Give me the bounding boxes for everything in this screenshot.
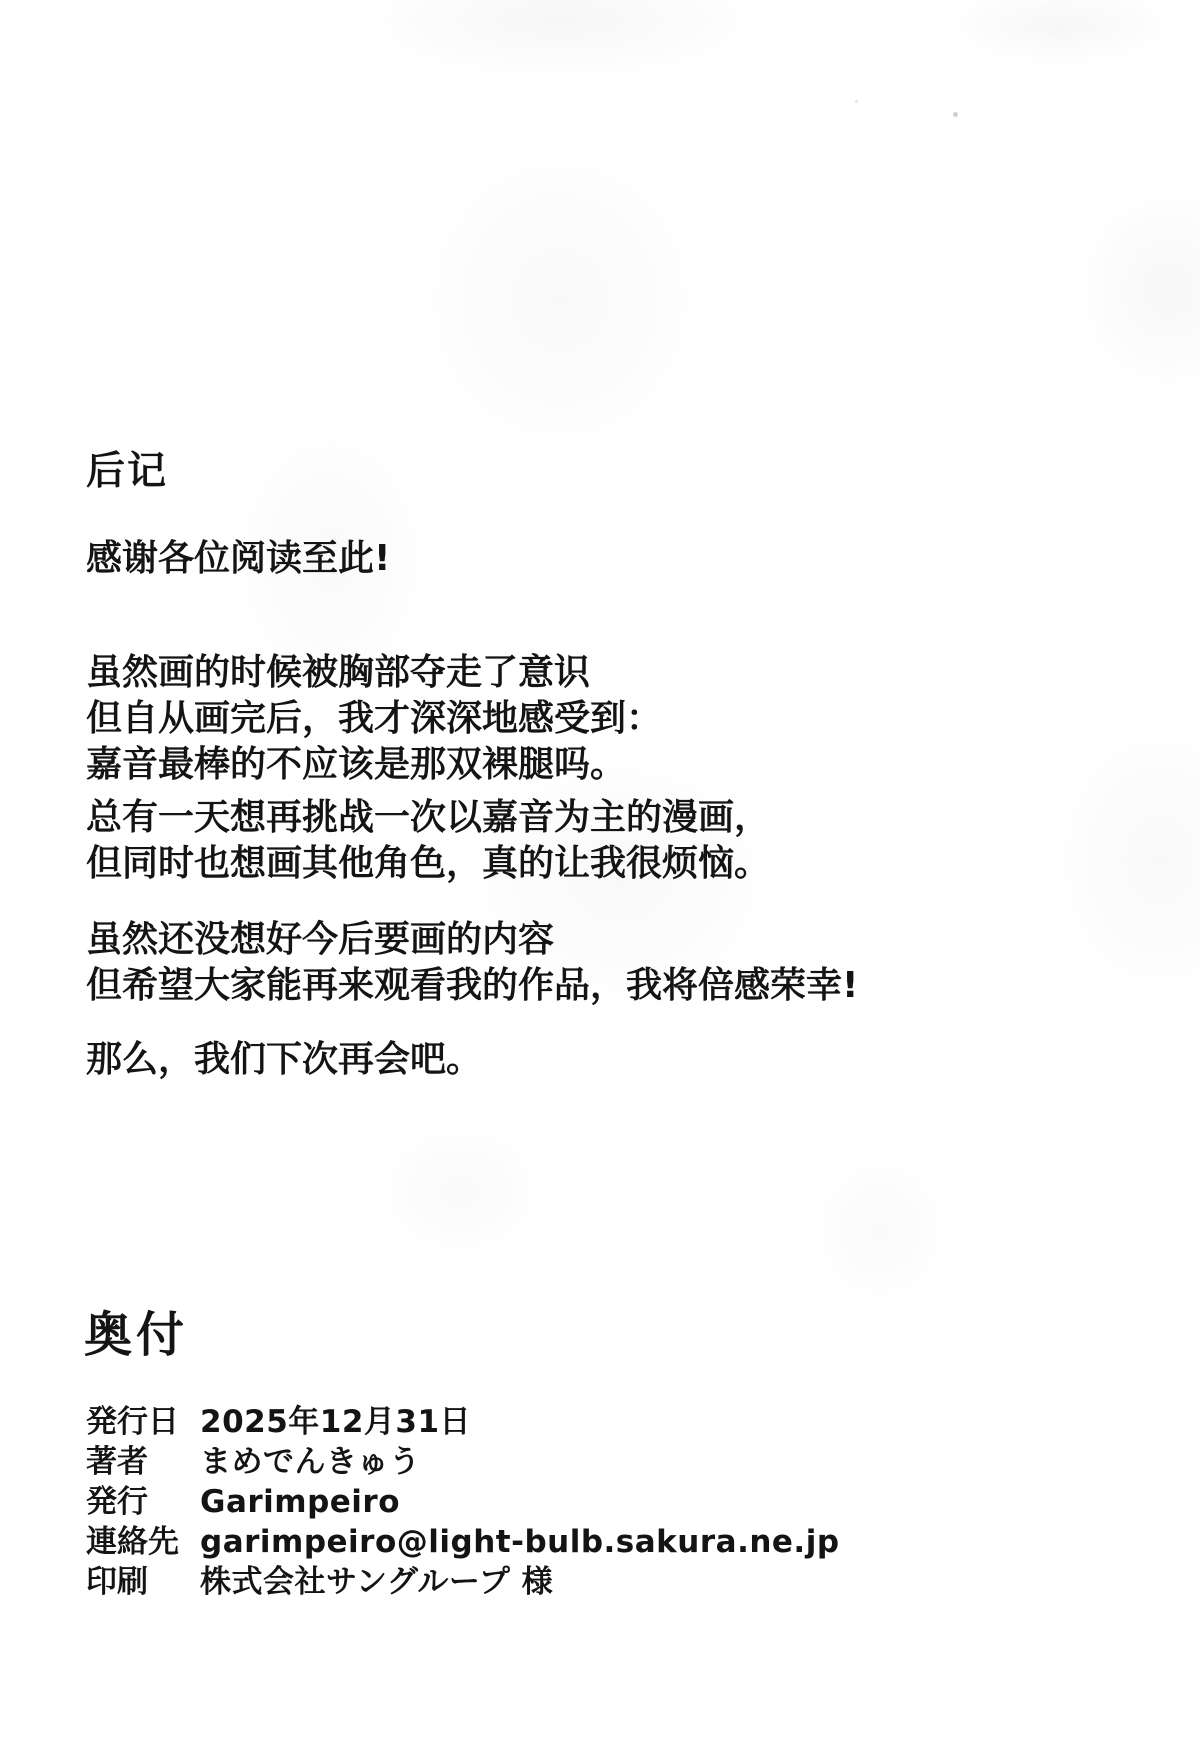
colophon-label: 連絡先 <box>86 1516 200 1561</box>
afterword-heading: 后记 <box>86 440 168 496</box>
colophon-value-printer: 株式会社サングループ 様 <box>200 1556 553 1601</box>
afterword-text-line: 嘉音最棒的不应该是那双裸腿吗。 <box>86 742 1166 788</box>
colophon-value-contact-email: garimpeiro@light-bulb.sakura.ne.jp <box>200 1524 840 1560</box>
colophon-value-publish-date: 2025年12月31日 <box>200 1396 471 1441</box>
scan-speck <box>855 100 858 103</box>
colophon-row-author: 著者 まめでんきゅう <box>86 1436 1146 1476</box>
colophon-row-publish-date: 発行日 2025年12月31日 <box>86 1396 1146 1436</box>
afterword-text-line: 虽然还没想好今后要画的内容 <box>86 917 1166 963</box>
afterword-text-line: 虽然画的时候被胸部夺走了意识 <box>86 650 1166 696</box>
colophon-label: 印刷 <box>86 1556 200 1601</box>
afterword-page: 后记 感谢各位阅读至此! 虽然画的时候被胸部夺走了意识 但自从画完后，我才深深地… <box>0 0 1200 1743</box>
scan-speck <box>953 112 958 117</box>
afterword-text-line: 总有一天想再挑战一次以嘉音为主的漫画， <box>86 795 1166 841</box>
colophon-value-author: まめでんきゅう <box>200 1436 421 1481</box>
afterword-paragraph: 总有一天想再挑战一次以嘉音为主的漫画， 但同时也想画其他角色，真的让我很烦恼。 <box>86 795 1166 887</box>
afterword-text-line: 但希望大家能再来观看我的作品，我将倍感荣幸! <box>86 963 1166 1009</box>
colophon-label: 発行 <box>86 1476 200 1521</box>
afterword-body: 虽然画的时候被胸部夺走了意识 但自从画完后，我才深深地感受到： 嘉音最棒的不应该… <box>86 650 1166 1083</box>
colophon-heading: 奥付 <box>84 1296 188 1365</box>
colophon-row-printer: 印刷 株式会社サングループ 様 <box>86 1556 1146 1596</box>
colophon-row-publisher: 発行 Garimpeiro <box>86 1476 1146 1516</box>
colophon-label: 発行日 <box>86 1396 200 1441</box>
afterword-text-line: 那么，我们下次再会吧。 <box>86 1037 1166 1083</box>
afterword-text-line: 但同时也想画其他角色，真的让我很烦恼。 <box>86 841 1166 887</box>
afterword-paragraph: 虽然还没想好今后要画的内容 但希望大家能再来观看我的作品，我将倍感荣幸! <box>86 917 1166 1009</box>
colophon-row-contact: 連絡先 garimpeiro@light-bulb.sakura.ne.jp <box>86 1516 1146 1556</box>
colophon-table: 発行日 2025年12月31日 著者 まめでんきゅう 発行 Garimpeiro… <box>86 1396 1146 1596</box>
afterword-thanks-line: 感谢各位阅读至此! <box>86 530 390 581</box>
afterword-paragraph: 那么，我们下次再会吧。 <box>86 1037 1166 1083</box>
colophon-value-publisher: Garimpeiro <box>200 1484 400 1520</box>
afterword-paragraph: 虽然画的时候被胸部夺走了意识 但自从画完后，我才深深地感受到： 嘉音最棒的不应该… <box>86 650 1166 788</box>
colophon-label: 著者 <box>86 1436 200 1481</box>
afterword-text-line: 但自从画完后，我才深深地感受到： <box>86 696 1166 742</box>
